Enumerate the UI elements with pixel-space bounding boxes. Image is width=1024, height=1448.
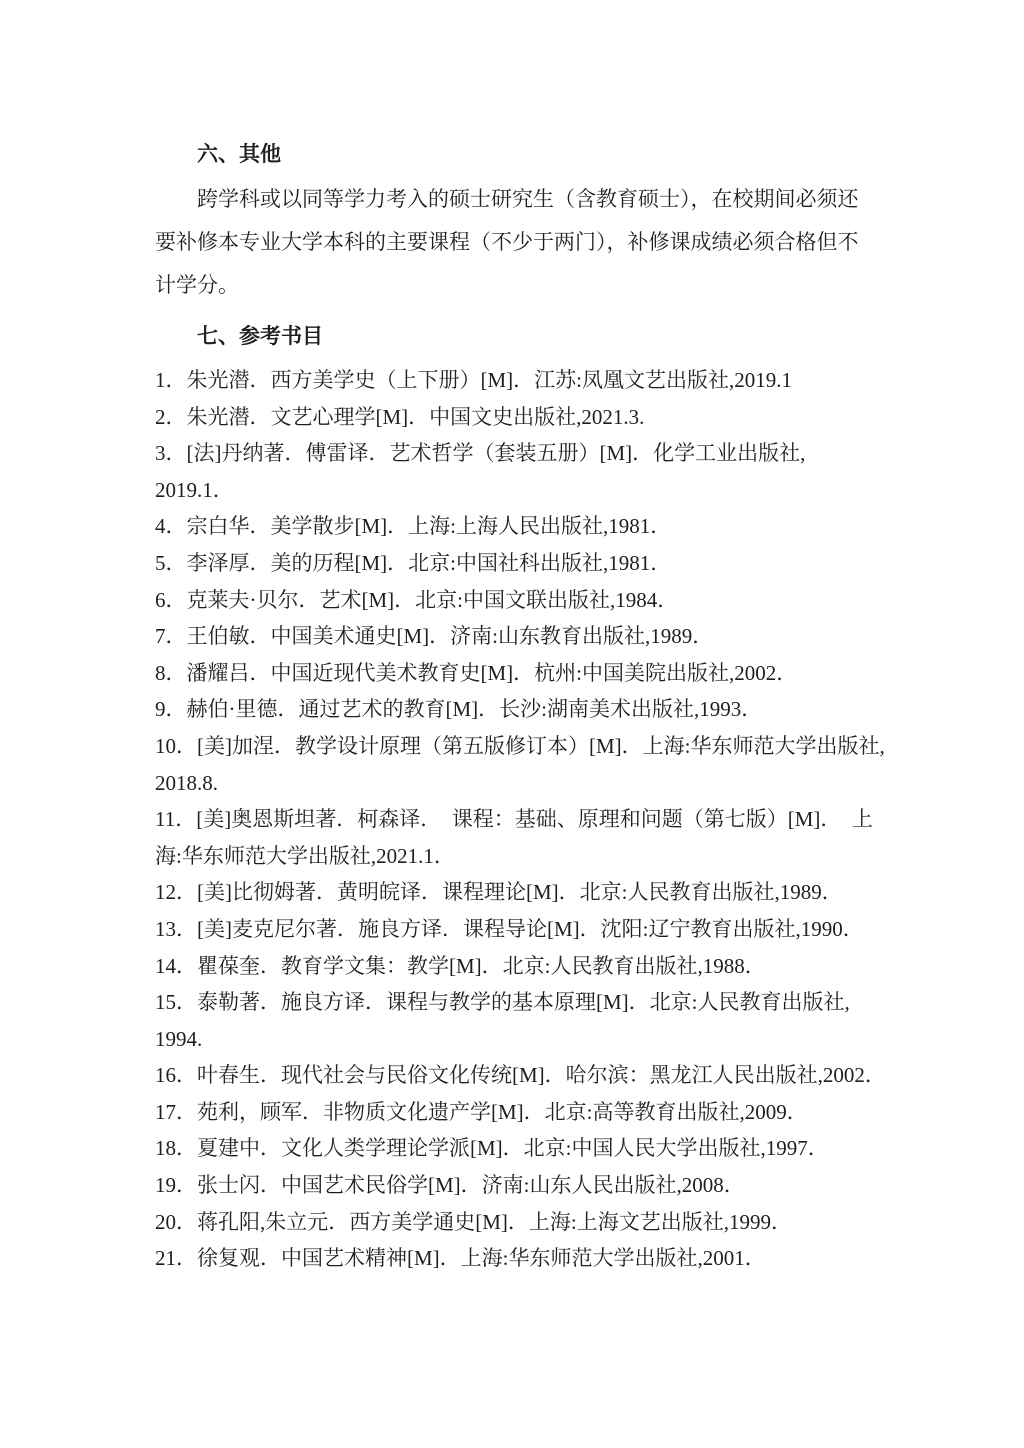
reference-entry-line: 7．王伯敏．中国美术通史[M]．济南:山东教育出版社,1989． <box>155 618 879 655</box>
reference-continuation-line: 1994. <box>155 1021 879 1058</box>
section-heading-other: 六、其他 <box>155 142 879 166</box>
paragraph-line: 跨学科或以同等学力考入的硕士研究生（含教育硕士），在校期间必须还 <box>155 178 879 221</box>
reference-entry-line: 2．朱光潜．文艺心理学[M]．中国文史出版社,2021.3. <box>155 399 879 436</box>
reference-continuation-line: 2018.8. <box>155 765 879 802</box>
reference-entry-line: 10．[美]加涅．教学设计原理（第五版修订本）[M]．上海:华东师范大学出版社, <box>155 728 879 765</box>
reference-continuation-line: 海:华东师范大学出版社,2021.1． <box>155 838 879 875</box>
reference-entry-line: 5．李泽厚．美的历程[M]．北京:中国社科出版社,1981． <box>155 545 879 582</box>
reference-entry-line: 21．徐复观．中国艺术精神[M]．上海:华东师范大学出版社,2001． <box>155 1240 879 1277</box>
reference-entry-line: 20．蒋孔阳,朱立元．西方美学通史[M]．上海:上海文艺出版社,1999． <box>155 1204 879 1241</box>
reference-entry-line: 19．张士闪．中国艺术民俗学[M]．济南:山东人民出版社,2008． <box>155 1167 879 1204</box>
document-page: 六、其他 跨学科或以同等学力考入的硕士研究生（含教育硕士），在校期间必须还要补修… <box>0 0 1024 1448</box>
reference-entry-line: 4．宗白华．美学散步[M]．上海:上海人民出版社,1981． <box>155 508 879 545</box>
reference-entry-line: 16．叶春生．现代社会与民俗文化传统[M]．哈尔滨：黑龙江人民出版社,2002． <box>155 1057 879 1094</box>
reference-list: 1．朱光潜．西方美学史（上下册）[M]．江苏:凤凰文艺出版社,2019.12．朱… <box>155 362 879 1277</box>
reference-entry-line: 3．[法]丹纳著．傅雷译．艺术哲学（套装五册）[M]．化学工业出版社, <box>155 435 879 472</box>
reference-entry-line: 15．泰勒著．施良方译．课程与教学的基本原理[M]．北京:人民教育出版社, <box>155 984 879 1021</box>
reference-entry-line: 6．克莱夫·贝尔．艺术[M]．北京:中国文联出版社,1984． <box>155 582 879 619</box>
other-section-paragraph: 跨学科或以同等学力考入的硕士研究生（含教育硕士），在校期间必须还要补修本专业大学… <box>155 178 879 307</box>
reference-entry-line: 8．潘耀吕．中国近现代美术教育史[M]．杭州:中国美院出版社,2002． <box>155 655 879 692</box>
reference-entry-line: 12．[美]比彻姆著．黄明皖译．课程理论[M]．北京:人民教育出版社,1989． <box>155 874 879 911</box>
reference-entry-line: 18．夏建中．文化人类学理论学派[M]．北京:中国人民大学出版社,1997． <box>155 1130 879 1167</box>
paragraph-line: 计学分。 <box>155 264 879 307</box>
reference-entry-line: 14．瞿葆奎．教育学文集：教学[M]．北京:人民教育出版社,1988． <box>155 948 879 985</box>
reference-entry-line: 17．苑利，顾军．非物质文化遗产学[M]．北京:高等教育出版社,2009． <box>155 1094 879 1131</box>
reference-continuation-line: 2019.1． <box>155 472 879 509</box>
document-content: 六、其他 跨学科或以同等学力考入的硕士研究生（含教育硕士），在校期间必须还要补修… <box>155 142 879 1277</box>
reference-entry-line: 11．[美]奥恩斯坦著．柯森译． 课程：基础、原理和问题（第七版）[M]． 上 <box>155 801 879 838</box>
section-heading-bibliography: 七、参考书目 <box>155 324 879 348</box>
reference-entry-line: 1．朱光潜．西方美学史（上下册）[M]．江苏:凤凰文艺出版社,2019.1 <box>155 362 879 399</box>
paragraph-line: 要补修本专业大学本科的主要课程（不少于两门），补修课成绩必须合格但不 <box>155 221 879 264</box>
reference-entry-line: 9．赫伯·里德．通过艺术的教育[M]．长沙:湖南美术出版社,1993． <box>155 691 879 728</box>
reference-entry-line: 13．[美]麦克尼尔著．施良方译．课程导论[M]．沈阳:辽宁教育出版社,1990… <box>155 911 879 948</box>
